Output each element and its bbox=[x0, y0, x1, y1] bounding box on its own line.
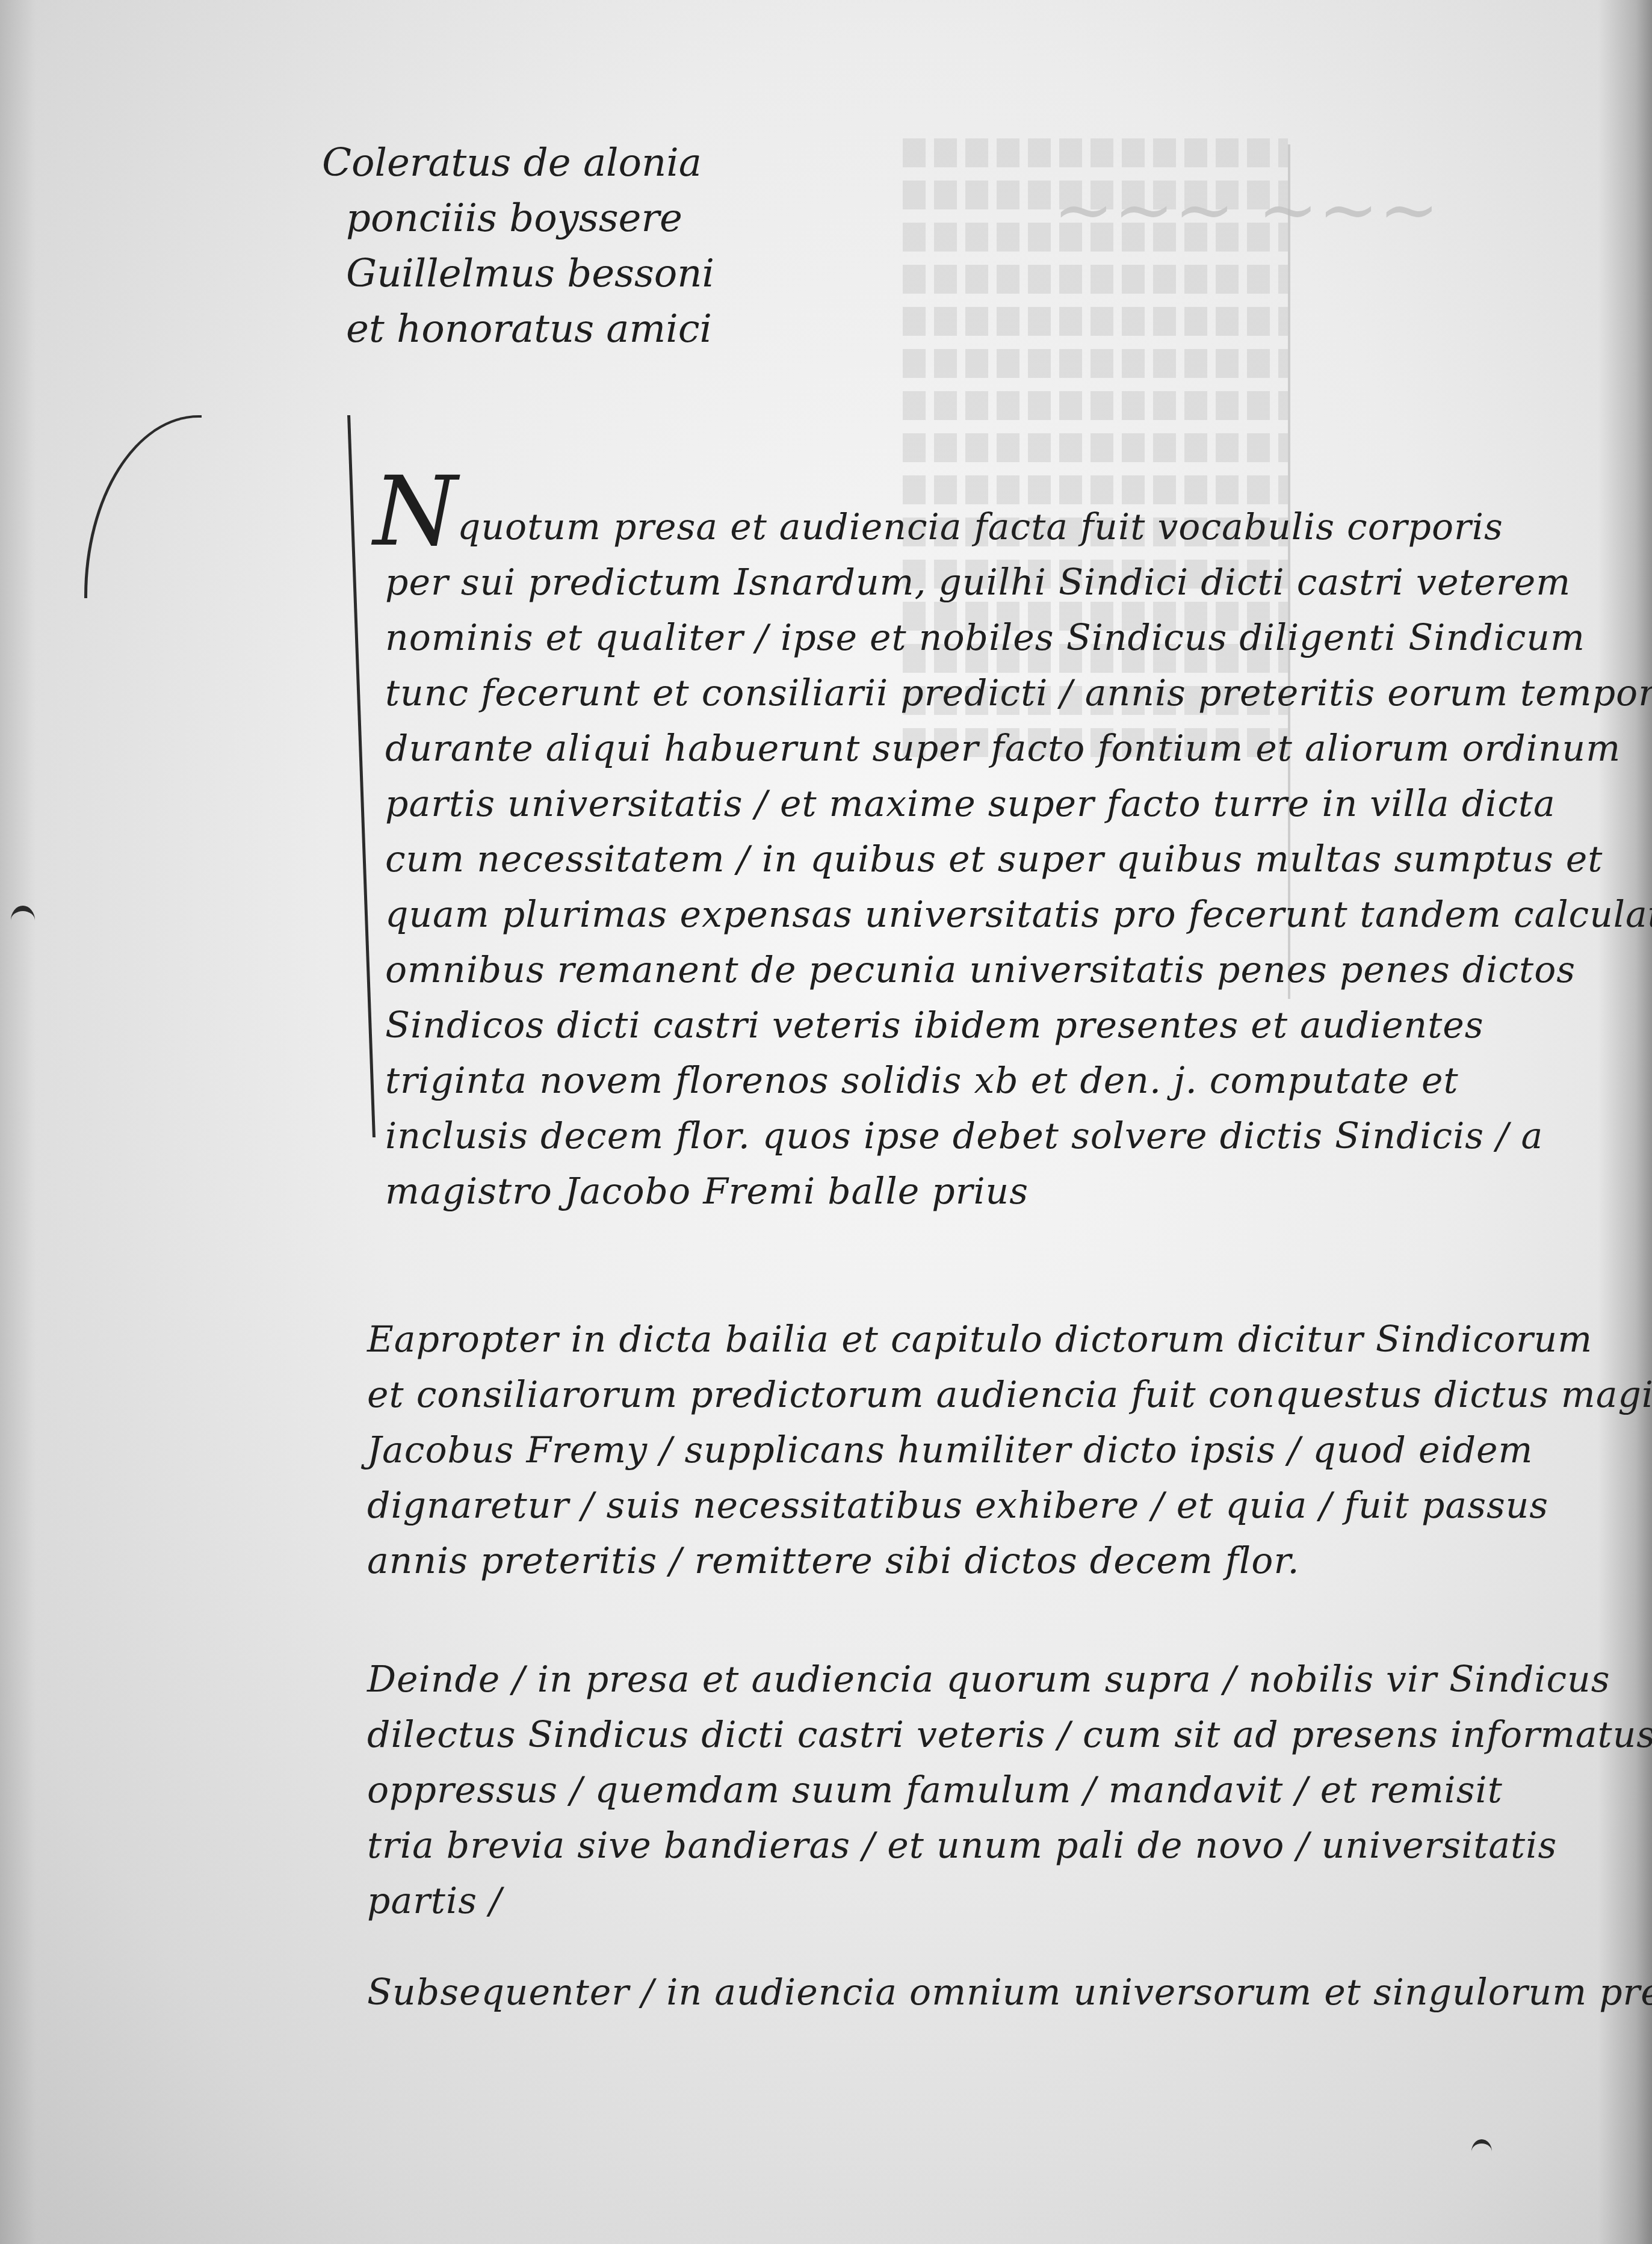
paragraph-2: Eapropter in dicta bailia et capitulo di… bbox=[367, 1312, 1652, 1589]
paragraph-3: Deinde / in presa et audiencia quorum su… bbox=[367, 1652, 1652, 1929]
paragraph-1: quotum presa et audiencia facta fuit voc… bbox=[457, 499, 1503, 555]
text-line: dignaretur / suis necessitatibus exhiber… bbox=[367, 1478, 1652, 1533]
text-line: Eapropter in dicta bailia et capitulo di… bbox=[367, 1312, 1652, 1367]
text-line: nominis et qualiter / ipse et nobiles Si… bbox=[385, 610, 1652, 666]
paragraph-1-body: per sui predictum Isnardum, guilhi Sindi… bbox=[385, 555, 1652, 1219]
decorated-initial: N bbox=[373, 463, 457, 560]
text-line: Subsequenter / in audiencia omnium unive… bbox=[367, 1965, 1652, 2020]
text-line: partis / bbox=[367, 1873, 1652, 1929]
text-line: triginta novem florenos solidis xb et de… bbox=[385, 1053, 1652, 1108]
text-line: per sui predictum Isnardum, guilhi Sindi… bbox=[385, 555, 1652, 610]
manuscript-page: ~~~ ~~~ Coleratus de alonia ponciiis boy… bbox=[0, 0, 1652, 2244]
text-line: oppressus / quemdam suum famulum / manda… bbox=[367, 1763, 1652, 1818]
margin-flourish-bracket bbox=[84, 415, 202, 598]
text-line: tria brevia sive bandieras / et unum pal… bbox=[367, 1818, 1652, 1873]
text-line: tunc fecerunt et consiliarii predicti / … bbox=[385, 666, 1652, 721]
text-line: durante aliqui habuerunt super facto fon… bbox=[385, 721, 1652, 776]
text-line: Deinde / in presa et audiencia quorum su… bbox=[367, 1652, 1652, 1707]
heading-line: Guillelmus bessoni bbox=[322, 246, 714, 301]
heading-line: Coleratus de alonia bbox=[322, 135, 714, 191]
text-line: magistro Jacobo Fremi balle prius bbox=[385, 1164, 1652, 1219]
page-edge-shadow-left bbox=[0, 0, 36, 2244]
heading-line: ponciiis boyssere bbox=[322, 191, 714, 246]
text-line: cum necessitatem / in quibus et super qu… bbox=[385, 832, 1652, 887]
text-line: annis preteritis / remittere sibi dictos… bbox=[367, 1533, 1652, 1589]
paragraph-4: Subsequenter / in audiencia omnium unive… bbox=[367, 1965, 1652, 2020]
text-line: Sindicos dicti castri veteris ibidem pre… bbox=[385, 998, 1652, 1053]
text-line: partis universitatis / et maxime super f… bbox=[385, 776, 1652, 832]
text-line: quam plurimas expensas universitatis pro… bbox=[385, 887, 1652, 942]
text-line: omnibus remanent de pecunia universitati… bbox=[385, 942, 1652, 998]
binding-hole-left bbox=[11, 906, 35, 935]
text-line: Jacobus Fremy / supplicans humiliter dic… bbox=[367, 1423, 1652, 1478]
text-line: et consiliarorum predictorum audiencia f… bbox=[367, 1367, 1652, 1423]
text-line: inclusis decem flor. quos ipse debet sol… bbox=[385, 1108, 1652, 1164]
heading-names-block: Coleratus de alonia ponciiis boyssere Gu… bbox=[322, 135, 714, 357]
heading-line: et honoratus amici bbox=[322, 301, 714, 357]
text-line: quotum presa et audiencia facta fuit voc… bbox=[457, 499, 1503, 555]
binding-hole-bottom-right bbox=[1471, 2139, 1492, 2164]
text-line: dilectus Sindicus dicti castri veteris /… bbox=[367, 1707, 1652, 1763]
initial-flourish-stem bbox=[347, 415, 376, 1137]
